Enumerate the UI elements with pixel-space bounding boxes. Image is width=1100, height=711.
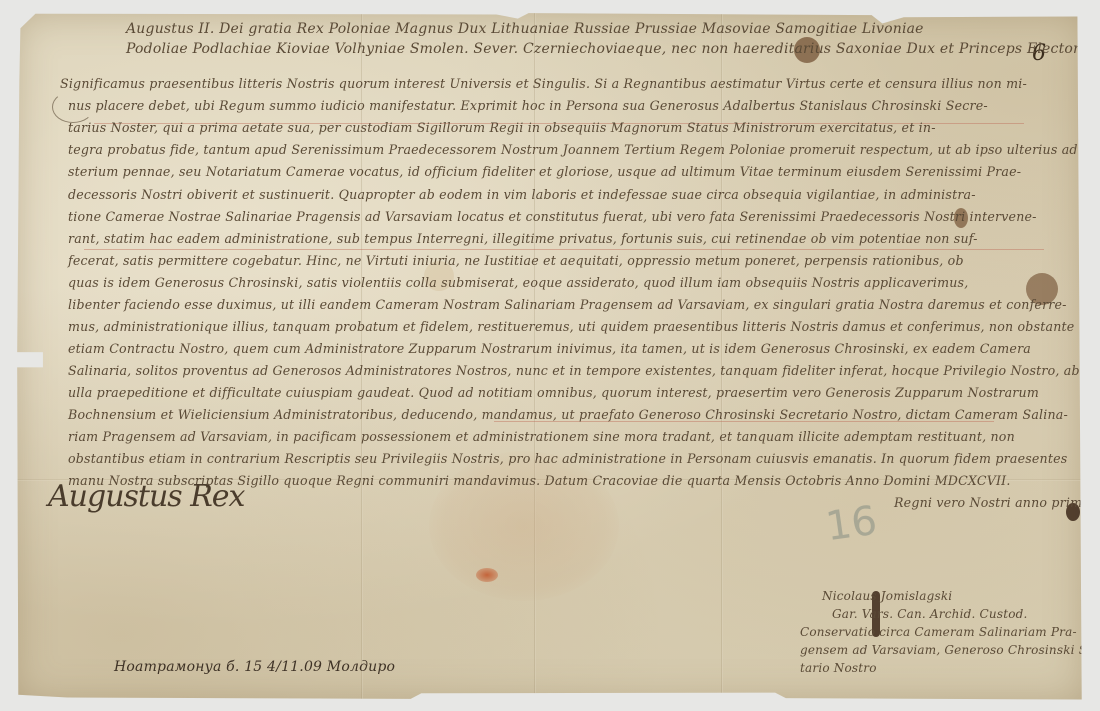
body-line: fecerat, satis permittere cogebatur. Hin… bbox=[68, 253, 964, 268]
countersignature-line: Nicolaus Jomislagski bbox=[822, 589, 952, 603]
countersignature-line: gensem ad Varsaviam, Generoso Chrosinski… bbox=[800, 643, 1100, 657]
body-line: tione Camerae Nostrae Salinariae Pragens… bbox=[68, 209, 1037, 224]
heading-line-1: Augustus II. Dei gratia Rex Poloniae Mag… bbox=[126, 21, 924, 37]
countersignature-line: Conservatio circa Cameram Salinariam Pra… bbox=[800, 625, 1077, 639]
rubric-underline bbox=[84, 249, 1044, 250]
pencil-mark: 16 bbox=[823, 498, 880, 551]
body-line: sterium pennae, seu Notariatum Camerae v… bbox=[68, 164, 1021, 179]
body-line: Significamus praesentibus litteris Nostr… bbox=[60, 76, 1027, 91]
body-line: etiam Contractu Nostro, quem cum Adminis… bbox=[68, 341, 1031, 356]
body-line: nus placere debet, ubi Regum summo iudic… bbox=[68, 98, 988, 113]
fold-line-vertical-3 bbox=[721, 11, 723, 703]
heading-line-2: Podoliae Podlachiae Kioviae Volhyniae Sm… bbox=[126, 41, 1083, 57]
body-line: Salinaria, solitos proventus ad Generoso… bbox=[68, 363, 1100, 378]
body-line: riam Pragensem ad Varsaviam, in pacifica… bbox=[68, 429, 1015, 444]
body-line: libenter faciendo esse duximus, ut illi … bbox=[68, 297, 1067, 312]
countersignature-line: Gar. Vars. Can. Archid. Custod. bbox=[832, 607, 1028, 621]
body-line: tegra probatus fide, tantum apud Serenis… bbox=[68, 142, 1100, 157]
royal-signature: Augustus Rex bbox=[48, 479, 244, 514]
document-viewer: 6 Augustus II. Dei gratia Rex Poloniae M… bbox=[0, 0, 1100, 711]
body-line: rant, statim hac eadem administratione, … bbox=[68, 231, 978, 246]
body-line: quas is idem Generosus Chrosinski, satis… bbox=[68, 275, 968, 290]
body-line: mus, administrationique illius, tanquam … bbox=[68, 319, 1074, 334]
countersignature-line: tario Nostro bbox=[800, 661, 877, 675]
body-line: ulla praepeditione et difficultate cuius… bbox=[68, 385, 1039, 400]
body-line-regnal-year: Regni vero Nostri anno primo bbox=[894, 495, 1090, 510]
body-line: obstantibus etiam in contrarium Rescript… bbox=[68, 451, 1067, 466]
manuscript-sheet: 6 Augustus II. Dei gratia Rex Poloniae M… bbox=[14, 11, 1086, 703]
body-line: Bochnensium et Wieliciensium Administrat… bbox=[68, 407, 1068, 422]
archival-note: Ноатрамонуа б. 15 4/11.09 Молдиро bbox=[114, 659, 395, 675]
body-line: decessoris Nostri obiverit et sustinueri… bbox=[68, 187, 976, 202]
wax-seal-remnant bbox=[476, 568, 498, 582]
body-line: tarius Noster, qui a prima aetate sua, p… bbox=[68, 120, 936, 135]
fold-line-vertical-1 bbox=[361, 11, 363, 703]
